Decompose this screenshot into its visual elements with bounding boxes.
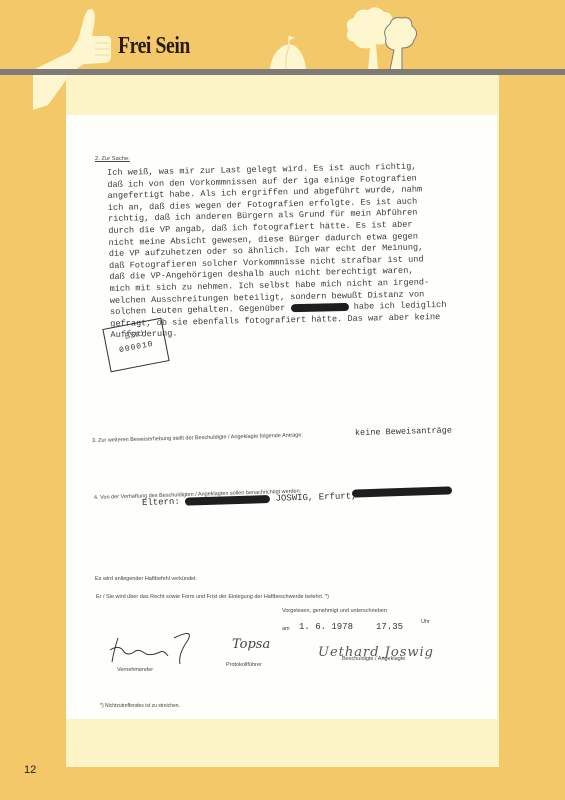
- statement-text: Ich weiß, was mir zur Last gelegt wird. …: [107, 160, 471, 341]
- brand-title: Frei Sein: [118, 33, 190, 60]
- clerk-signature: Topsa: [232, 637, 270, 652]
- clerk-label: Protokollführer: [226, 662, 262, 668]
- date-value: 1. 6. 1978: [299, 622, 353, 632]
- page-number: 12: [24, 764, 36, 776]
- section2-heading: 2. Zur Sache:: [95, 156, 130, 162]
- rights-line: Er / Sie wird über das Recht sowie Form …: [96, 594, 329, 600]
- read-approved-label: Vorgelesen, genehmigt und unterschrieben: [282, 608, 387, 614]
- tent-icon: [265, 32, 310, 72]
- warrant-line: Es wird anliegender Haftbefehl verkündet…: [95, 576, 197, 582]
- interrogator-signature: [106, 630, 201, 670]
- trees-icon: [340, 4, 425, 72]
- time-unit: Uhr: [421, 619, 430, 625]
- footnote: *) Nichtzutreffendes ist zu streichen.: [100, 703, 180, 709]
- redaction-bar: [185, 495, 270, 506]
- redaction-bar: [290, 303, 348, 312]
- date-prefix: am: [282, 626, 290, 632]
- accused-label: Beschuldigte / Angeklagte: [342, 656, 405, 662]
- interrogator-label: Vernehmender: [117, 667, 153, 673]
- time-value: 17.35: [376, 622, 403, 632]
